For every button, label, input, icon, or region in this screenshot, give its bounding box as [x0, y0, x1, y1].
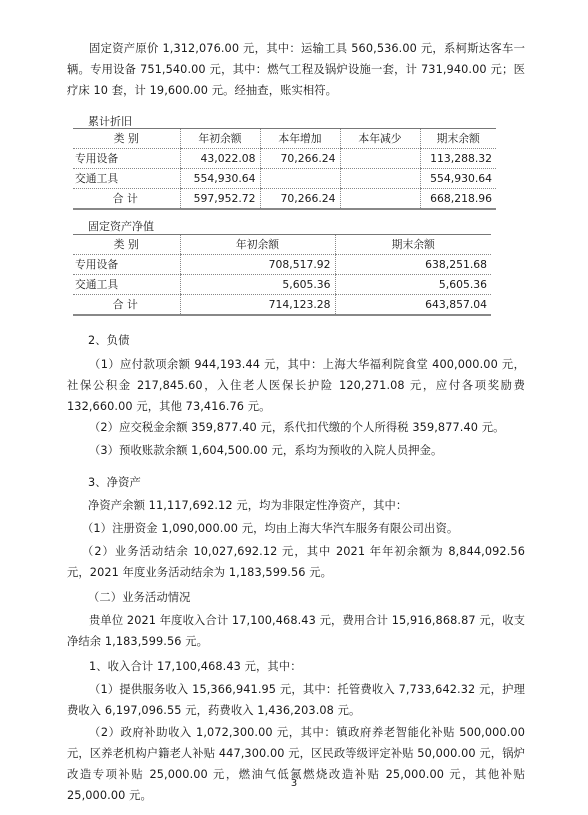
net-assets-item-1: （1）注册资金 1,090,000.00 元，均由上海大华汽车服务有限公司出资。 [82, 518, 525, 539]
table-row: 交通工具 554,930.64 554,930.64 [73, 169, 496, 189]
row-closing: 554,930.64 [420, 169, 496, 189]
header-increase: 本年增加 [260, 129, 340, 149]
row-category: 交通工具 [73, 275, 180, 295]
row-opening: 714,123.28 [180, 295, 335, 316]
depreciation-table: 类 别 年初余额 本年增加 本年减少 期末余额 专用设备 43,022.08 7… [73, 128, 496, 210]
income-heading: 1、收入合计 17,100,468.43 元，其中： [67, 656, 525, 677]
row-decrease [340, 169, 420, 189]
row-closing: 113,288.32 [420, 149, 496, 169]
row-opening: 43,022.08 [180, 149, 260, 169]
row-opening: 597,952.72 [180, 189, 260, 210]
header-closing: 期末余额 [335, 235, 491, 255]
table-row: 专用设备 708,517.92 638,251.68 [73, 255, 491, 275]
net-assets-heading: 3、净资产 [88, 472, 546, 493]
net-assets-summary: 净资产余额 11,117,692.12 元，均为非限定性净资产，其中： [88, 495, 525, 516]
liabilities-heading: 2、负债 [88, 330, 546, 351]
liabilities-item-2: （2）应交税金余额 359,877.40 元，系代扣代缴的个人所得税 359,8… [67, 417, 525, 438]
row-opening: 708,517.92 [180, 255, 335, 275]
fixed-assets-paragraph: 固定资产原价 1,312,076.00 元，其中：运输工具 560,536.00… [67, 38, 525, 101]
row-category: 专用设备 [73, 255, 180, 275]
row-category: 合 计 [73, 189, 180, 210]
row-decrease [340, 189, 420, 210]
document-page: 固定资产原价 1,312,076.00 元，其中：运输工具 560,536.00… [0, 0, 588, 815]
table-total-row: 合 计 597,952.72 70,266.24 668,218.96 [73, 189, 496, 210]
net-value-caption: 固定资产净值 [88, 218, 154, 234]
table-header-row: 类 别 年初余额 本年增加 本年减少 期末余额 [73, 129, 496, 149]
business-heading: （二）业务活动情况 [88, 587, 546, 608]
income-item-1: （1）提供服务收入 15,366,941.95 元，其中：托管费收入 7,733… [67, 679, 525, 721]
header-closing: 期末余额 [420, 129, 496, 149]
header-opening: 年初余额 [180, 129, 260, 149]
row-closing: 643,857.04 [335, 295, 491, 316]
header-category: 类 别 [73, 235, 180, 255]
header-category: 类 别 [73, 129, 180, 149]
liabilities-item-3: （3）预收账款余额 1,604,500.00 元，系均为预收的入院人员押金。 [67, 440, 525, 461]
table-total-row: 合 计 714,123.28 643,857.04 [73, 295, 491, 316]
page-number: 3 [0, 778, 588, 789]
depreciation-caption: 累计折旧 [88, 113, 132, 129]
business-summary: 贵单位 2021 年度收入合计 17,100,468.43 元，费用合计 15,… [67, 610, 525, 652]
header-opening: 年初余额 [180, 235, 335, 255]
row-increase [260, 169, 340, 189]
row-increase: 70,266.24 [260, 189, 340, 210]
row-opening: 5,605.36 [180, 275, 335, 295]
table-header-row: 类 别 年初余额 期末余额 [73, 235, 491, 255]
row-increase: 70,266.24 [260, 149, 340, 169]
header-decrease: 本年减少 [340, 129, 420, 149]
row-category: 专用设备 [73, 149, 180, 169]
row-closing: 638,251.68 [335, 255, 491, 275]
net-assets-item-2: （2）业务活动结余 10,027,692.12 元，其中 2021 年年初余额为… [67, 541, 525, 583]
table-row: 专用设备 43,022.08 70,266.24 113,288.32 [73, 149, 496, 169]
row-closing: 5,605.36 [335, 275, 491, 295]
row-closing: 668,218.96 [420, 189, 496, 210]
row-category: 交通工具 [73, 169, 180, 189]
row-decrease [340, 149, 420, 169]
row-category: 合 计 [73, 295, 180, 316]
table-row: 交通工具 5,605.36 5,605.36 [73, 275, 491, 295]
income-item-2: （2）政府补助收入 1,072,300.00 元，其中：镇政府养老智能化补贴 5… [67, 722, 525, 806]
row-opening: 554,930.64 [180, 169, 260, 189]
net-value-table: 类 别 年初余额 期末余额 专用设备 708,517.92 638,251.68… [73, 234, 491, 316]
liabilities-item-1: （1）应付款项余额 944,193.44 元，其中：上海大华福利院食堂 400,… [67, 354, 525, 417]
